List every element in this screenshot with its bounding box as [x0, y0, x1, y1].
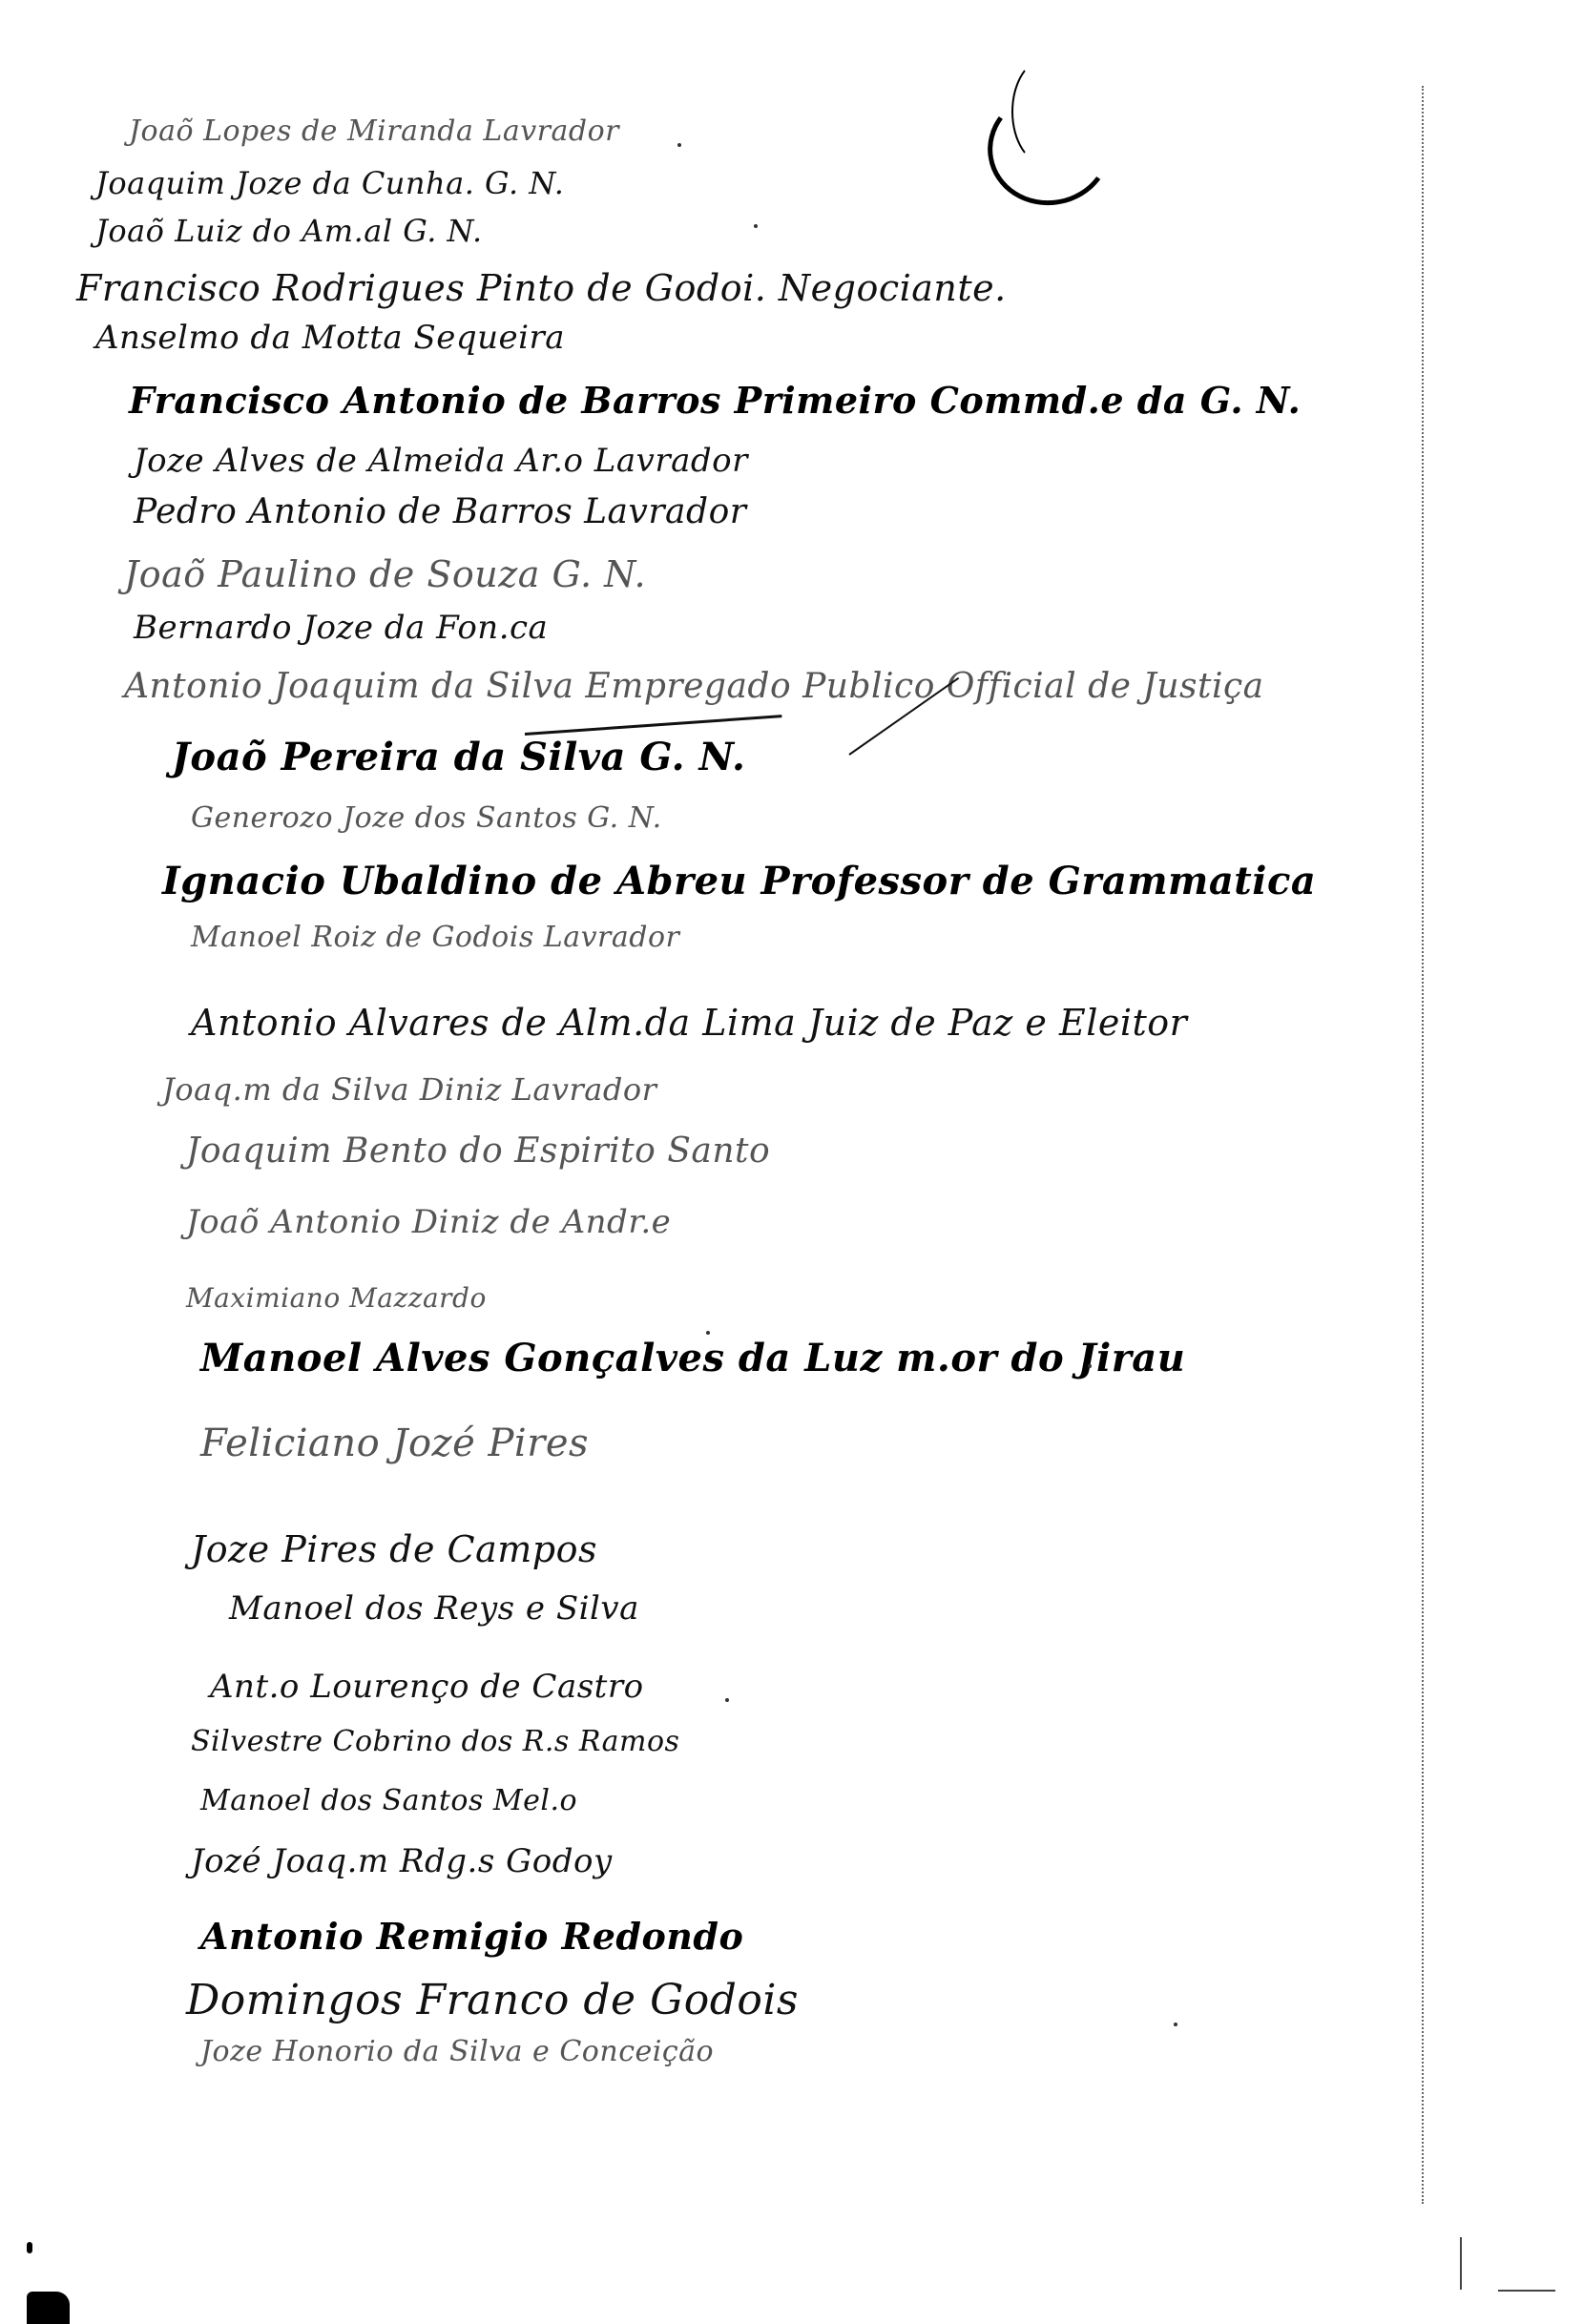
signature-line: Manoel dos Santos Mel.o [200, 1784, 577, 1817]
ink-mark [27, 2242, 32, 2253]
signature-line: Joaq.m da Silva Diniz Lavrador [162, 1071, 656, 1108]
signature-line: Generozo Joze dos Santos G. N. [191, 801, 662, 835]
signature-line: Feliciano Jozé Pires [200, 1421, 589, 1465]
signature-line: Joze Alves de Almeida Ar.o Lavrador [134, 442, 748, 480]
signature-line: Manoel Alves Gonçalves da Luz m.or do Ji… [200, 1336, 1185, 1380]
ink-arc-lower [979, 81, 1121, 216]
signature-line: Domingos Franco de Godois [186, 1976, 799, 2024]
signature-line: Ignacio Ubaldino de Abreu Professor de G… [162, 859, 1316, 903]
signature-line: Maximiano Mazzardo [186, 1282, 487, 1314]
ink-speck [706, 1331, 710, 1335]
signature-line: Antonio Alvares de Alm.da Lima Juiz de P… [191, 1002, 1187, 1044]
signature-line: Joaõ Lopes de Miranda Lavrador [129, 114, 619, 148]
right-margin-rule [1422, 86, 1424, 2204]
underline-stroke [525, 715, 782, 736]
signature-line: Joze Pires de Campos [191, 1528, 597, 1570]
signature-line: Antonio Joaquim da Silva Empregado Publi… [124, 667, 1264, 706]
ink-speck [725, 1698, 729, 1702]
signature-line: Joaõ Luiz do Am.al G. N. [95, 213, 483, 249]
signature-line: Joaõ Pereira da Silva G. N. [172, 735, 745, 779]
signature-line: Joaõ Paulino de Souza G. N. [124, 553, 646, 595]
ink-speck [1174, 2023, 1177, 2026]
signature-line: Antonio Remigio Redondo [200, 1915, 743, 1958]
signature-line: Ant.o Lourenço de Castro [210, 1668, 644, 1706]
ink-speck [754, 224, 758, 228]
corner-mark [1498, 2290, 1555, 2292]
signature-line: Francisco Rodrigues Pinto de Godoi. Nego… [76, 267, 1007, 309]
ink-speck [1088, 1364, 1092, 1368]
signature-line: Pedro Antonio de Barros Lavrador [134, 492, 746, 531]
signature-line: Jozé Joaq.m Rdg.s Godoy [191, 1842, 613, 1880]
signature-line: Bernardo Joze da Fon.ca [134, 609, 548, 647]
signature-line: Joaõ Antonio Diniz de Andr.e [186, 1203, 671, 1241]
signature-line: Manoel Roiz de Godois Lavrador [191, 921, 679, 954]
signature-line: Joze Honorio da Silva e Conceição [200, 2035, 714, 2068]
signature-line: Silvestre Cobrino dos R.s Ramos [191, 1725, 679, 1758]
signature-line: Manoel dos Reys e Silva [229, 1589, 639, 1628]
signature-line: Francisco Antonio de Barros Primeiro Com… [129, 379, 1301, 422]
document-page: Joaõ Lopes de Miranda LavradorJoaquim Jo… [0, 0, 1583, 2324]
ink-speck [677, 143, 681, 147]
corner-mark [1460, 2237, 1462, 2290]
signature-line: Joaquim Bento do Espirito Santo [186, 1131, 770, 1171]
signature-line: Anselmo da Motta Sequeira [95, 319, 565, 357]
signature-line: Joaquim Joze da Cunha. G. N. [95, 165, 564, 201]
ink-blot [27, 2292, 70, 2324]
